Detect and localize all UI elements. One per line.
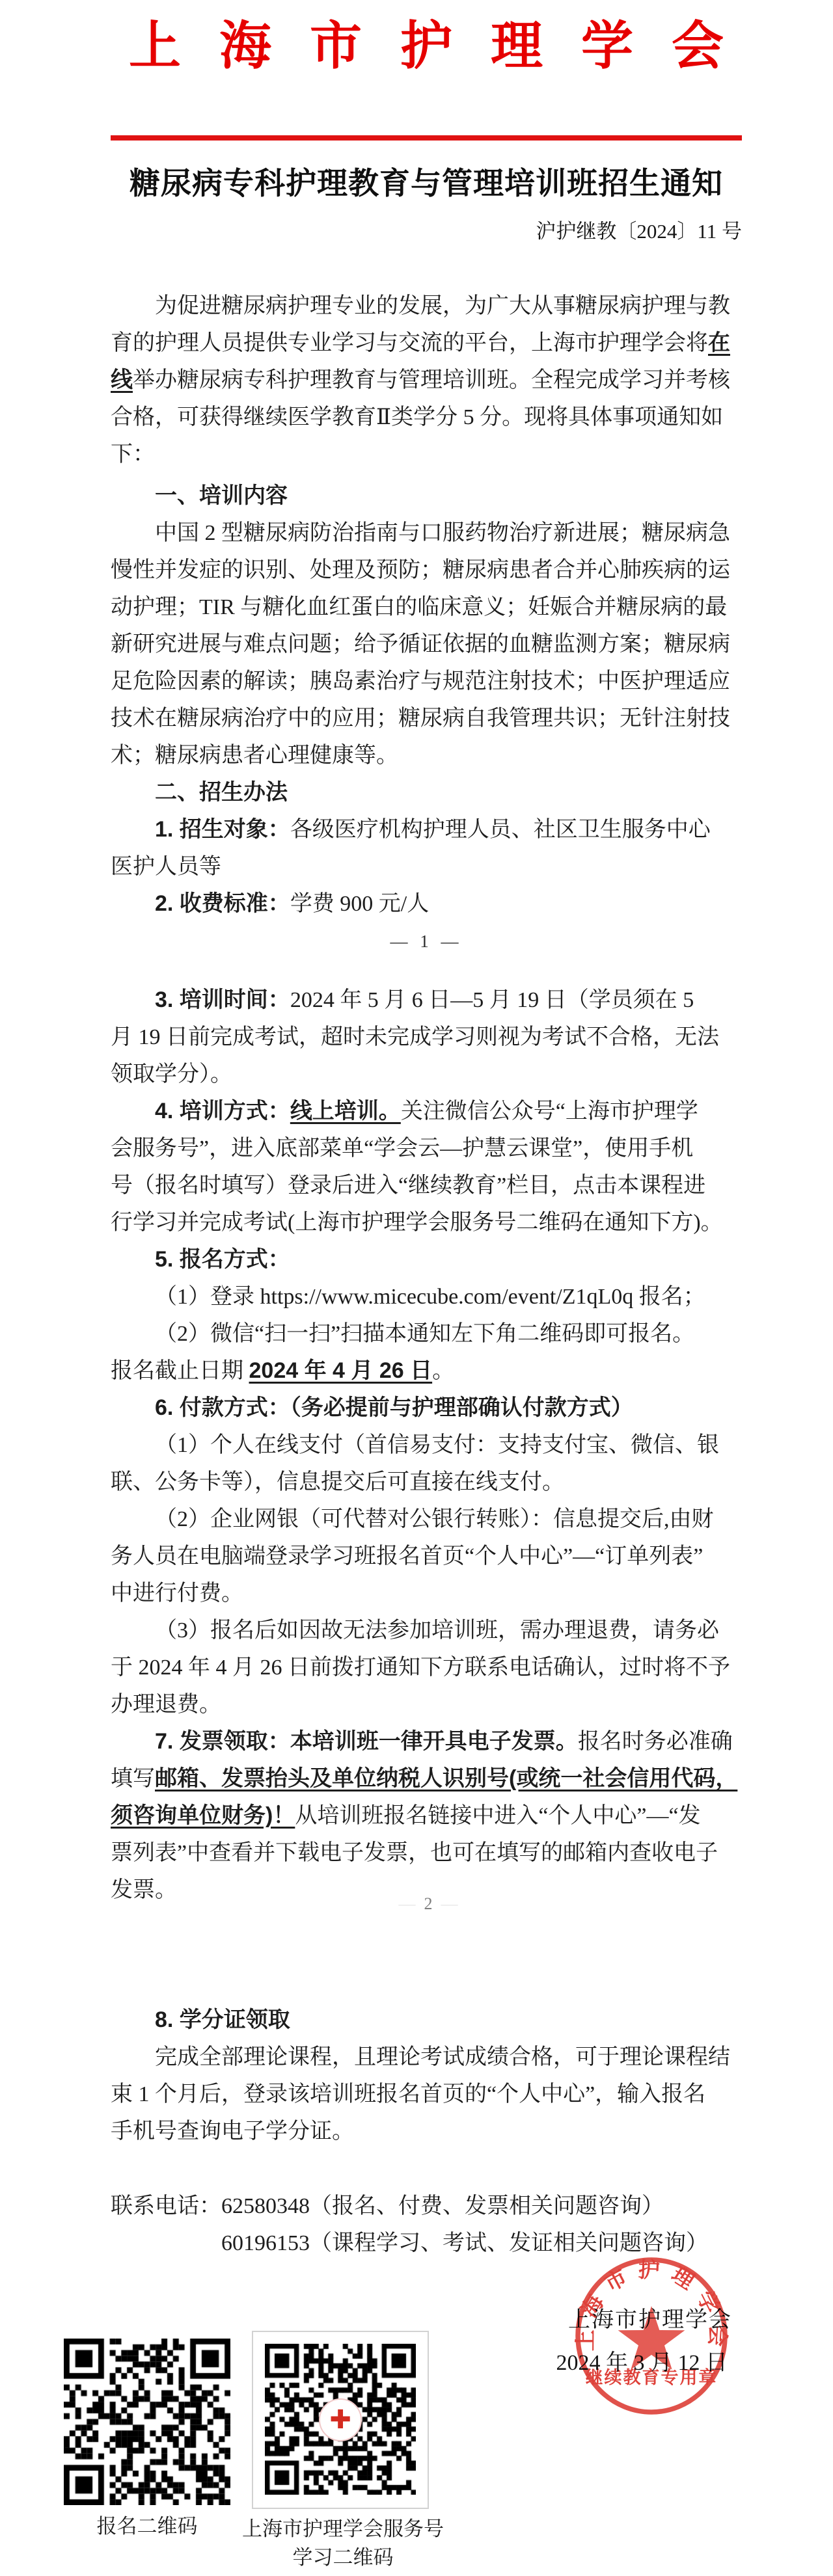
notice-document: 上海市护理学会 糖尿病专科护理教育与管理培训班招生通知 沪护继教〔2024〕11… bbox=[0, 0, 833, 2576]
text-segment: 4. 培训方式： bbox=[155, 1099, 290, 1123]
doc-line: （2）微信“扫一扫”扫描本通知左下角二维码即可报名。 bbox=[111, 1315, 745, 1352]
text-segment: 学费 900 元/人 bbox=[290, 892, 429, 916]
doc-line: 育的护理人员提供专业学习与交流的平台，上海市护理学会将在 bbox=[111, 325, 745, 362]
text-segment: 动护理；TIR 与糖化血红蛋白的临床意义；妊娠合并糖尿病的最 bbox=[111, 595, 727, 619]
doc-line: 慢性并发症的识别、处理及预防；糖尿病患者合并心肺疾病的运 bbox=[111, 552, 745, 589]
text-segment: 于 2024 年 4 月 26 日前拨打通知下方联系电话确认，过时将不予 bbox=[111, 1656, 730, 1680]
doc-line: 2. 收费标准：学费 900 元/人 bbox=[111, 885, 745, 922]
org-name-char: 理 bbox=[491, 18, 543, 75]
organization-name-header: 上海市护理学会 bbox=[111, 18, 742, 75]
text-segment: （1）个人在线支付（首信易支付：支持支付宝、微信、银 bbox=[155, 1433, 719, 1457]
doc-line: 动护理；TIR 与糖化血红蛋白的临床意义；妊娠合并糖尿病的最 bbox=[111, 589, 745, 626]
text-segment: 。 bbox=[432, 1359, 454, 1383]
doc-line: 行学习并完成考试(上海市护理学会服务号二维码在通知下方)。 bbox=[111, 1204, 745, 1241]
text-segment: 手机号查询电子学分证。 bbox=[111, 2119, 354, 2143]
text-segment: 联、公务卡等），信息提交后可直接在线支付。 bbox=[111, 1470, 564, 1494]
page-number-2: — 2 — bbox=[389, 1894, 467, 1914]
text-segment: 1. 招生对象： bbox=[155, 817, 290, 842]
paragraph: 2. 收费标准：学费 900 元/人 bbox=[111, 885, 745, 922]
text-segment: 6. 付款方式：（务必提前与护理部确认付款方式） bbox=[155, 1395, 633, 1420]
doc-line: 票列表”中查看并下载电子发票，也可在填写的邮箱内查收电子 bbox=[111, 1834, 745, 1872]
text-segment: 束 1 个月后，登录该培训班报名首页的“个人中心”，输入报名 bbox=[111, 2082, 705, 2106]
red-cross-logo-icon: ✚ bbox=[319, 2398, 362, 2441]
paragraph: 为促进糖尿病护理专业的发展，为广大从事糖尿病护理与教育的护理人员提供专业学习与交… bbox=[111, 288, 745, 473]
doc-line: 4. 培训方式：线上培训。关注微信公众号“上海市护理学 bbox=[111, 1093, 745, 1130]
enrollment-qr-code bbox=[64, 2339, 230, 2505]
text-segment: 为促进糖尿病护理专业的发展，为广大从事糖尿病护理与教 bbox=[155, 294, 730, 318]
text-segment: 合格，可获得继续医学教育Ⅱ类学分 5 分。现将具体事项通知如 bbox=[111, 405, 723, 429]
doc-line: 联系电话：62580348（报名、付费、发票相关问题咨询） bbox=[111, 2188, 745, 2225]
org-name-char: 上 bbox=[129, 18, 181, 75]
text-segment: 2024 年 5 月 6 日—5 月 19 日（学员须在 5 bbox=[290, 988, 694, 1012]
text-segment: 下： bbox=[111, 442, 155, 466]
doc-line: 手机号查询电子学分证。 bbox=[111, 2113, 745, 2150]
doc-line: 7. 发票领取：本培训班一律开具电子发票。报名时务必准确 bbox=[111, 1723, 745, 1760]
text-segment: 2024 年 4 月 26 日 bbox=[249, 1358, 433, 1383]
doc-line: 中进行付费。 bbox=[111, 1575, 745, 1612]
red-divider-rule bbox=[111, 135, 742, 141]
text-segment: 一、培训内容 bbox=[155, 483, 288, 508]
org-name-char: 护 bbox=[400, 18, 452, 75]
text-segment: 邮箱、发票抬头及单位纳税人识别号(或统一社会信用代码， bbox=[155, 1766, 737, 1791]
official-red-seal: 上海市护理学会 继续教育专用章 bbox=[570, 2255, 733, 2417]
text-segment: 号（报名时填写）登录后进入“继续教育”栏目，点击本课程进 bbox=[111, 1174, 705, 1198]
doc-line: 为促进糖尿病护理专业的发展，为广大从事糖尿病护理与教 bbox=[111, 288, 745, 325]
doc-line: 3. 培训时间：2024 年 5 月 6 日—5 月 19 日（学员须在 5 bbox=[111, 982, 745, 1019]
paragraph: 5. 报名方式：（1）登录 https://www.micecube.com/e… bbox=[111, 1241, 745, 1389]
doc-line: 填写邮箱、发票抬头及单位纳税人识别号(或统一社会信用代码， bbox=[111, 1760, 745, 1797]
page-number-1: — 1 — bbox=[111, 932, 742, 952]
doc-line: 足危险因素的解读；胰岛素治疗与规范注射技术；中医护理适应 bbox=[111, 663, 745, 700]
doc-line: 合格，可获得继续医学教育Ⅱ类学分 5 分。现将具体事项通知如 bbox=[111, 399, 745, 436]
doc-line: 束 1 个月后，登录该培训班报名首页的“个人中心”，输入报名 bbox=[111, 2076, 745, 2113]
seal-bottom-text: 继续教育专用章 bbox=[586, 2367, 718, 2387]
text-segment: 月 19 日前完成考试，超时未完成学习则视为考试不合格，无法 bbox=[111, 1025, 719, 1049]
text-segment: 领取学分）。 bbox=[111, 1062, 232, 1086]
text-segment: 务人员在电脑端登录学习班报名首页“个人中心”—“订单列表” bbox=[111, 1544, 703, 1568]
text-segment: 在 bbox=[708, 330, 730, 355]
service-qr-label-line1: 上海市护理学会服务号 bbox=[213, 2512, 473, 2542]
org-name-char: 海 bbox=[219, 18, 271, 75]
text-segment: （2）企业网银（可代替对公银行转账）：信息提交后,由财 bbox=[155, 1507, 714, 1531]
org-name-char: 会 bbox=[672, 18, 724, 75]
text-segment: （3）报名后如因故无法参加培训班，需办理退费，请务必 bbox=[155, 1618, 719, 1643]
text-segment: 3. 培训时间： bbox=[155, 987, 290, 1012]
text-segment: 中进行付费。 bbox=[111, 1581, 243, 1605]
document-number: 沪护继教〔2024〕11 号 bbox=[111, 215, 742, 244]
text-segment: 术；糖尿病患者心理健康等。 bbox=[111, 744, 398, 768]
seal-star-icon bbox=[618, 2306, 685, 2370]
text-segment: 慢性并发症的识别、处理及预防；糖尿病患者合并心肺疾病的运 bbox=[111, 558, 730, 582]
enrollment-qr-label: 报名二维码 bbox=[64, 2510, 230, 2539]
paragraph: 联系电话：62580348（报名、付费、发票相关问题咨询）60196153（课程… bbox=[111, 2188, 745, 2262]
text-segment: 8. 学分证领取 bbox=[155, 2007, 290, 2032]
text-segment: 2. 收费标准： bbox=[155, 891, 290, 916]
doc-line: 会服务号”，进入底部菜单“学会云—护慧云课堂”，使用手机 bbox=[111, 1130, 745, 1167]
doc-line: 新研究进展与难点问题；给予循证依据的血糖监测方案；糖尿病 bbox=[111, 626, 745, 663]
text-segment: 育的护理人员提供专业学习与交流的平台，上海市护理学会将 bbox=[111, 331, 708, 355]
doc-line: 须咨询单位财务)！从培训班报名链接中进入“个人中心”—“发 bbox=[111, 1797, 745, 1834]
document-title: 糖尿病专科护理教育与管理培训班招生通知 bbox=[101, 159, 752, 203]
text-segment: 报名时务必准确 bbox=[578, 1730, 733, 1754]
doc-line: （3）报名后如因故无法参加培训班，需办理退费，请务必 bbox=[111, 1612, 745, 1649]
doc-line: 完成全部理论课程，且理论考试成绩合格，可于理论课程结 bbox=[111, 2039, 745, 2076]
text-segment: 完成全部理论课程，且理论考试成绩合格，可于理论课程结 bbox=[155, 2045, 730, 2069]
doc-line: 5. 报名方式： bbox=[111, 1241, 745, 1278]
paragraph: 二、招生办法 bbox=[111, 774, 745, 811]
doc-line: 报名截止日期 2024 年 4 月 26 日。 bbox=[111, 1352, 745, 1389]
paragraph: 8. 学分证领取 bbox=[111, 2002, 745, 2039]
doc-line: 一、培训内容 bbox=[111, 477, 745, 515]
doc-line: （2）企业网银（可代替对公银行转账）：信息提交后,由财 bbox=[111, 1501, 745, 1538]
text-segment: 5. 报名方式： bbox=[155, 1247, 290, 1272]
text-segment: 60196153（课程学习、考试、发证相关问题咨询） bbox=[221, 2231, 708, 2255]
doc-line: （1）登录 https://www.micecube.com/event/Z1q… bbox=[111, 1278, 745, 1315]
text-segment: （1）登录 https://www.micecube.com/event/Z1q… bbox=[155, 1285, 705, 1309]
text-segment: 办理退费。 bbox=[111, 1693, 221, 1717]
text-segment: 技术在糖尿病治疗中的应用；糖尿病自我管理共识；无针注射技 bbox=[111, 706, 730, 731]
text-segment: 票列表”中查看并下载电子发票，也可在填写的邮箱内查收电子 bbox=[111, 1841, 718, 1865]
org-name-char: 学 bbox=[581, 18, 633, 75]
text-segment: 各级医疗机构护理人员、社区卫生服务中心 bbox=[290, 818, 711, 842]
text-segment: 行学习并完成考试(上海市护理学会服务号二维码在通知下方)。 bbox=[111, 1211, 723, 1235]
paragraph: 一、培训内容 bbox=[111, 477, 745, 515]
paragraph: 3. 培训时间：2024 年 5 月 6 日—5 月 19 日（学员须在 5月 … bbox=[111, 982, 745, 1093]
doc-line: 号（报名时填写）登录后进入“继续教育”栏目，点击本课程进 bbox=[111, 1167, 745, 1204]
paragraph: 中国 2 型糖尿病防治指南与口服药物治疗新进展；糖尿病急慢性并发症的识别、处理及… bbox=[111, 515, 745, 774]
doc-line: 联、公务卡等），信息提交后可直接在线支付。 bbox=[111, 1464, 745, 1501]
doc-line: 二、招生办法 bbox=[111, 774, 745, 811]
doc-line: 8. 学分证领取 bbox=[111, 2002, 745, 2039]
text-segment: 7. 发票领取：本培训班一律开具电子发票。 bbox=[155, 1729, 578, 1754]
paragraph: 4. 培训方式：线上培训。关注微信公众号“上海市护理学会服务号”，进入底部菜单“… bbox=[111, 1093, 745, 1241]
text-segment: 报名截止日期 bbox=[111, 1359, 249, 1383]
text-segment: 新研究进展与难点问题；给予循证依据的血糖监测方案；糖尿病 bbox=[111, 632, 730, 656]
doc-line: 医护人员等 bbox=[111, 848, 745, 885]
doc-line: 6. 付款方式：（务必提前与护理部确认付款方式） bbox=[111, 1389, 745, 1427]
document-body: 为促进糖尿病护理专业的发展，为广大从事糖尿病护理与教育的护理人员提供专业学习与交… bbox=[111, 288, 745, 2262]
doc-line: 中国 2 型糖尿病防治指南与口服药物治疗新进展；糖尿病急 bbox=[111, 515, 745, 552]
doc-line: 技术在糖尿病治疗中的应用；糖尿病自我管理共识；无针注射技 bbox=[111, 700, 745, 737]
doc-line: 线举办糖尿病专科护理教育与管理培训班。全程完成学习并考核 bbox=[111, 362, 745, 399]
service-qr-label-line2: 学习二维码 bbox=[213, 2541, 473, 2570]
paragraph: 7. 发票领取：本培训班一律开具电子发票。报名时务必准确填写邮箱、发票抬头及单位… bbox=[111, 1723, 745, 1909]
paragraph: 6. 付款方式：（务必提前与护理部确认付款方式）（1）个人在线支付（首信易支付：… bbox=[111, 1389, 745, 1723]
text-segment: 从培训班报名链接中进入“个人中心”—“发 bbox=[295, 1804, 700, 1828]
text-segment: 会服务号”，进入底部菜单“学会云—护慧云课堂”，使用手机 bbox=[111, 1136, 693, 1161]
text-segment: 二、招生办法 bbox=[155, 780, 288, 805]
text-segment: 须咨询单位财务)！ bbox=[111, 1803, 295, 1828]
doc-line: （1）个人在线支付（首信易支付：支持支付宝、微信、银 bbox=[111, 1427, 745, 1464]
text-segment: 中国 2 型糖尿病防治指南与口服药物治疗新进展；糖尿病急 bbox=[155, 521, 730, 545]
doc-line: 下： bbox=[111, 436, 745, 473]
text-segment: 填写 bbox=[111, 1767, 155, 1791]
doc-line: 领取学分）。 bbox=[111, 1056, 745, 1093]
doc-line: 办理退费。 bbox=[111, 1686, 745, 1723]
doc-line: 月 19 日前完成考试，超时未完成学习则视为考试不合格，无法 bbox=[111, 1019, 745, 1056]
paragraph: 完成全部理论课程，且理论考试成绩合格，可于理论课程结束 1 个月后，登录该培训班… bbox=[111, 2039, 745, 2150]
doc-line: 于 2024 年 4 月 26 日前拨打通知下方联系电话确认，过时将不予 bbox=[111, 1649, 745, 1686]
text-segment: 举办糖尿病专科护理教育与管理培训班。全程完成学习并考核 bbox=[133, 368, 730, 392]
text-segment: 线 bbox=[111, 368, 133, 392]
service-account-qr-frame: ✚ bbox=[252, 2331, 429, 2509]
text-segment: （2）微信“扫一扫”扫描本通知左下角二维码即可报名。 bbox=[155, 1322, 694, 1346]
org-name-char: 市 bbox=[310, 18, 362, 75]
doc-line: 务人员在电脑端登录学习班报名首页“个人中心”—“订单列表” bbox=[111, 1538, 745, 1575]
text-segment: 足危险因素的解读；胰岛素治疗与规范注射技术；中医护理适应 bbox=[111, 669, 730, 693]
text-segment: 发票。 bbox=[111, 1878, 177, 1902]
text-segment: 线上培训。 bbox=[290, 1099, 401, 1123]
text-segment: 医护人员等 bbox=[111, 855, 221, 879]
doc-line: 1. 招生对象：各级医疗机构护理人员、社区卫生服务中心 bbox=[111, 811, 745, 848]
text-segment: 关注微信公众号“上海市护理学 bbox=[401, 1099, 698, 1123]
text-segment: 联系电话：62580348（报名、付费、发票相关问题咨询） bbox=[111, 2194, 664, 2218]
paragraph: 1. 招生对象：各级医疗机构护理人员、社区卫生服务中心医护人员等 bbox=[111, 811, 745, 885]
doc-line: 术；糖尿病患者心理健康等。 bbox=[111, 737, 745, 774]
